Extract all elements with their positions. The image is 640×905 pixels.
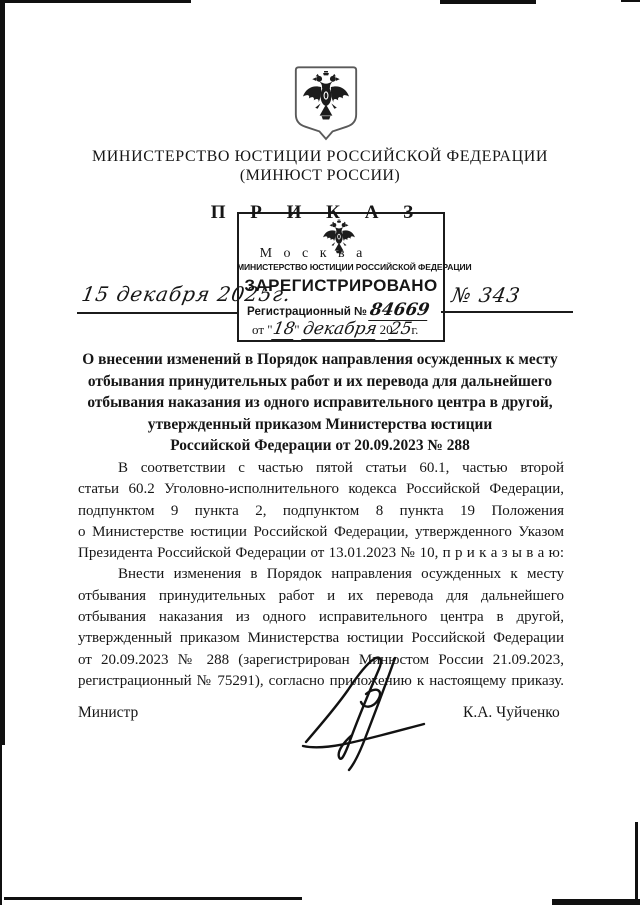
scan-edge-left-thin [0, 745, 2, 905]
stamp-date-month-handwritten: декабря [301, 319, 378, 340]
stamp-registration-number-line: Регистрационный № 84669 [247, 300, 429, 321]
issue-date-underline [77, 312, 237, 314]
stamp-date-year-handwritten: 25 [388, 319, 413, 340]
body-paragraph1-line: о Министерстве юстиции Российской Федера… [78, 522, 564, 543]
scanned-order-document: МИНИСТЕРСТВО ЮСТИЦИИ РОССИЙСКОЙ ФЕДЕРАЦИ… [0, 0, 640, 905]
body-paragraph1-line: В соответствии с частью пятой статьи 60.… [78, 458, 564, 479]
scan-edge-bottom-left [4, 897, 302, 900]
scan-edge-top-left [5, 0, 191, 3]
signature-icon [298, 652, 432, 779]
scan-edge-top-right [440, 0, 536, 4]
scan-edge-top-corner [621, 0, 640, 2]
body-paragraph1-line: Президента Российской Федерации от 13.01… [78, 543, 564, 564]
body-paragraph1-line: подпунктом 9 пункта 2, подпунктом 8 пунк… [78, 501, 564, 522]
coat-of-arms-icon [293, 64, 359, 151]
order-title-line: отбывания принудительных работ и их пере… [72, 371, 568, 393]
ministry-short-name: (МИНЮСТ РОССИИ) [0, 167, 640, 185]
signer-name: К.А. Чуйченко [463, 704, 560, 722]
body-paragraph2-line: Внести изменения в Порядок направления о… [78, 564, 564, 585]
order-title-line: утвержденный приказом Министерства юстиц… [72, 414, 568, 436]
stamp-eagle-icon [322, 219, 356, 262]
body-paragraph1-line: статьи 60.2 Уголовно-исполнительного код… [78, 479, 564, 500]
stamp-registered-label: ЗАРЕГИСТРИРОВАНО [239, 276, 443, 296]
order-number-underline [441, 311, 573, 313]
order-title-line: О внесении изменений в Порядок направлен… [72, 349, 568, 371]
stamp-registration-date-line: от "18" декабря 2025г. [252, 319, 418, 340]
scan-edge-right [635, 822, 638, 905]
body-paragraph2-line: отбывания принудительных работ и их пере… [78, 586, 564, 607]
body-paragraph2-line: отбывания наказания из одного исправител… [78, 607, 564, 628]
signer-role: Министр [78, 704, 138, 722]
handwritten-order-number: № 343 [450, 283, 523, 307]
stamp-date-prefix: от [252, 322, 264, 337]
scan-edge-bottom-right [552, 899, 640, 905]
order-title-line: отбывания наказания из одного исправител… [72, 392, 568, 414]
document-type-title: П Р И К А З [0, 202, 634, 224]
stamp-reg-number-handwritten: 84669 [368, 300, 431, 321]
order-title: О внесении изменений в Порядок направлен… [72, 349, 568, 457]
body-paragraph2-line: утвержденный приказом Министерства юстиц… [78, 628, 564, 649]
scan-edge-left [0, 0, 5, 745]
ministry-name: МИНИСТЕРСТВО ЮСТИЦИИ РОССИЙСКОЙ ФЕДЕРАЦИ… [0, 148, 640, 166]
stamp-reg-label: Регистрационный № [247, 305, 367, 318]
stamp-ministry-name: МИНИСТЕРСТВО ЮСТИЦИИ РОССИЙСКОЙ ФЕДЕРАЦИ… [237, 262, 445, 272]
order-title-line: Российской Федерации от 20.09.2023 № 288 [72, 435, 568, 457]
stamp-date-day-handwritten: 18 [271, 319, 296, 340]
